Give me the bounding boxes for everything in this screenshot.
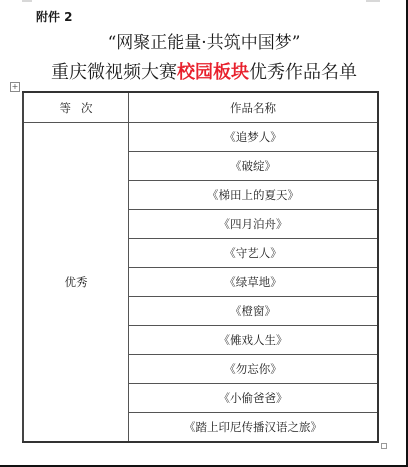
work-title-cell: 《破绽》 [129,152,379,181]
move-handle-icon[interactable]: + [10,82,20,92]
page-corner-mark-top-left [22,0,32,2]
header-rank: 等次 [23,92,129,123]
document-title-line-2: 重庆微视频大赛校园板块优秀作品名单 [0,58,408,84]
rank-cell-excellent: 优秀 [23,123,129,443]
work-title-cell: 《勿忘你》 [129,355,379,384]
header-work-title: 作品名称 [129,92,379,123]
work-title-cell: 《追梦人》 [129,123,379,152]
work-title-cell: 《小偷爸爸》 [129,384,379,413]
title-suffix: 优秀作品名单 [249,62,357,83]
work-title-cell: 《绿草地》 [129,268,379,297]
work-title-cell: 《守艺人》 [129,239,379,268]
awards-table: 等次 作品名称 优秀 《追梦人》 《破绽》 《梯田上的夏天》 《四月泊舟》 《守… [22,91,379,443]
attachment-label: 附件 2 [36,8,73,25]
document-title-line-1: “网聚正能量·共筑中国梦” [0,28,408,53]
table-end-marker [381,443,387,449]
table-row: 优秀 《追梦人》 [23,123,378,152]
work-title-cell: 《踏上印尼传播汉语之旅》 [129,413,379,443]
page-corner-mark-top-right [366,0,380,2]
title-prefix: 重庆微视频大赛 [51,62,177,83]
table-header-row: 等次 作品名称 [23,92,378,123]
work-title-cell: 《傩戏人生》 [129,326,379,355]
work-title-cell: 《梯田上的夏天》 [129,181,379,210]
work-title-cell: 《橙窗》 [129,297,379,326]
title-highlight: 校园板块 [177,62,249,83]
work-title-cell: 《四月泊舟》 [129,210,379,239]
